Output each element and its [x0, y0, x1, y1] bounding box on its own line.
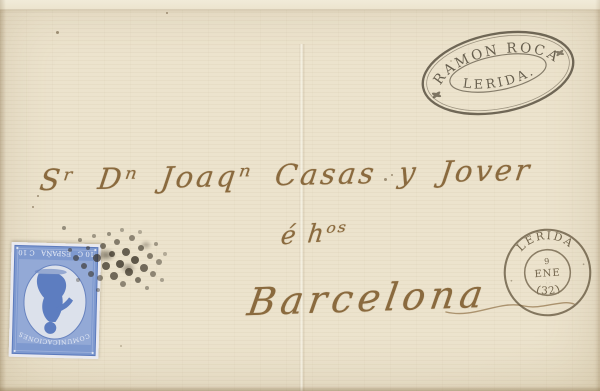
datestamp-graphic: LERIDA (32) 9 ENE · ·: [497, 222, 598, 323]
paper-top-edge: [0, 0, 600, 10]
paper-left-shadow: [0, 0, 6, 391]
vertical-fold-crease: [299, 44, 305, 391]
foxing-speck: [32, 206, 34, 208]
datestamp-month-text: ENE: [534, 267, 561, 280]
ink-smudge: [140, 240, 152, 250]
foxing-speck: [120, 345, 122, 347]
foxing-speck: [166, 12, 168, 14]
merchant-oval-handstamp: RAMON ROCA LERIDA.: [403, 10, 594, 136]
address-line-suffix: é hᵒˢ: [279, 217, 349, 251]
postal-cover-photo: RAMON ROCA LERIDA. Sʳ Dⁿ Joaqⁿ Casas y J…: [0, 0, 600, 391]
datestamp-day-text: 9: [544, 257, 550, 266]
address-line-recipient: Sʳ Dⁿ Joaqⁿ Casas y Jover: [38, 153, 535, 197]
stamp-value-left: 10 C: [78, 250, 95, 258]
datestamp-faint-marks: · ·: [545, 281, 551, 287]
dotted-lozenge-cancellation: [62, 226, 66, 230]
postage-stamp: COMUNICACIONES 10 C ESPAÑA C 10: [9, 242, 102, 359]
stamp-graphic: COMUNICACIONES 10 C ESPAÑA C 10: [9, 242, 102, 359]
paper-bottom-shadow: [0, 386, 600, 391]
paper-right-shadow: [595, 0, 600, 391]
ink-smudge: [120, 262, 136, 274]
stamp-value-right: C 10: [18, 248, 35, 256]
oval-handstamp-graphic: RAMON ROCA LERIDA.: [403, 10, 594, 136]
ink-smudge: [96, 248, 116, 262]
foxing-speck: [56, 31, 59, 34]
circular-datestamp: LERIDA (32) 9 ENE · ·: [497, 222, 598, 323]
